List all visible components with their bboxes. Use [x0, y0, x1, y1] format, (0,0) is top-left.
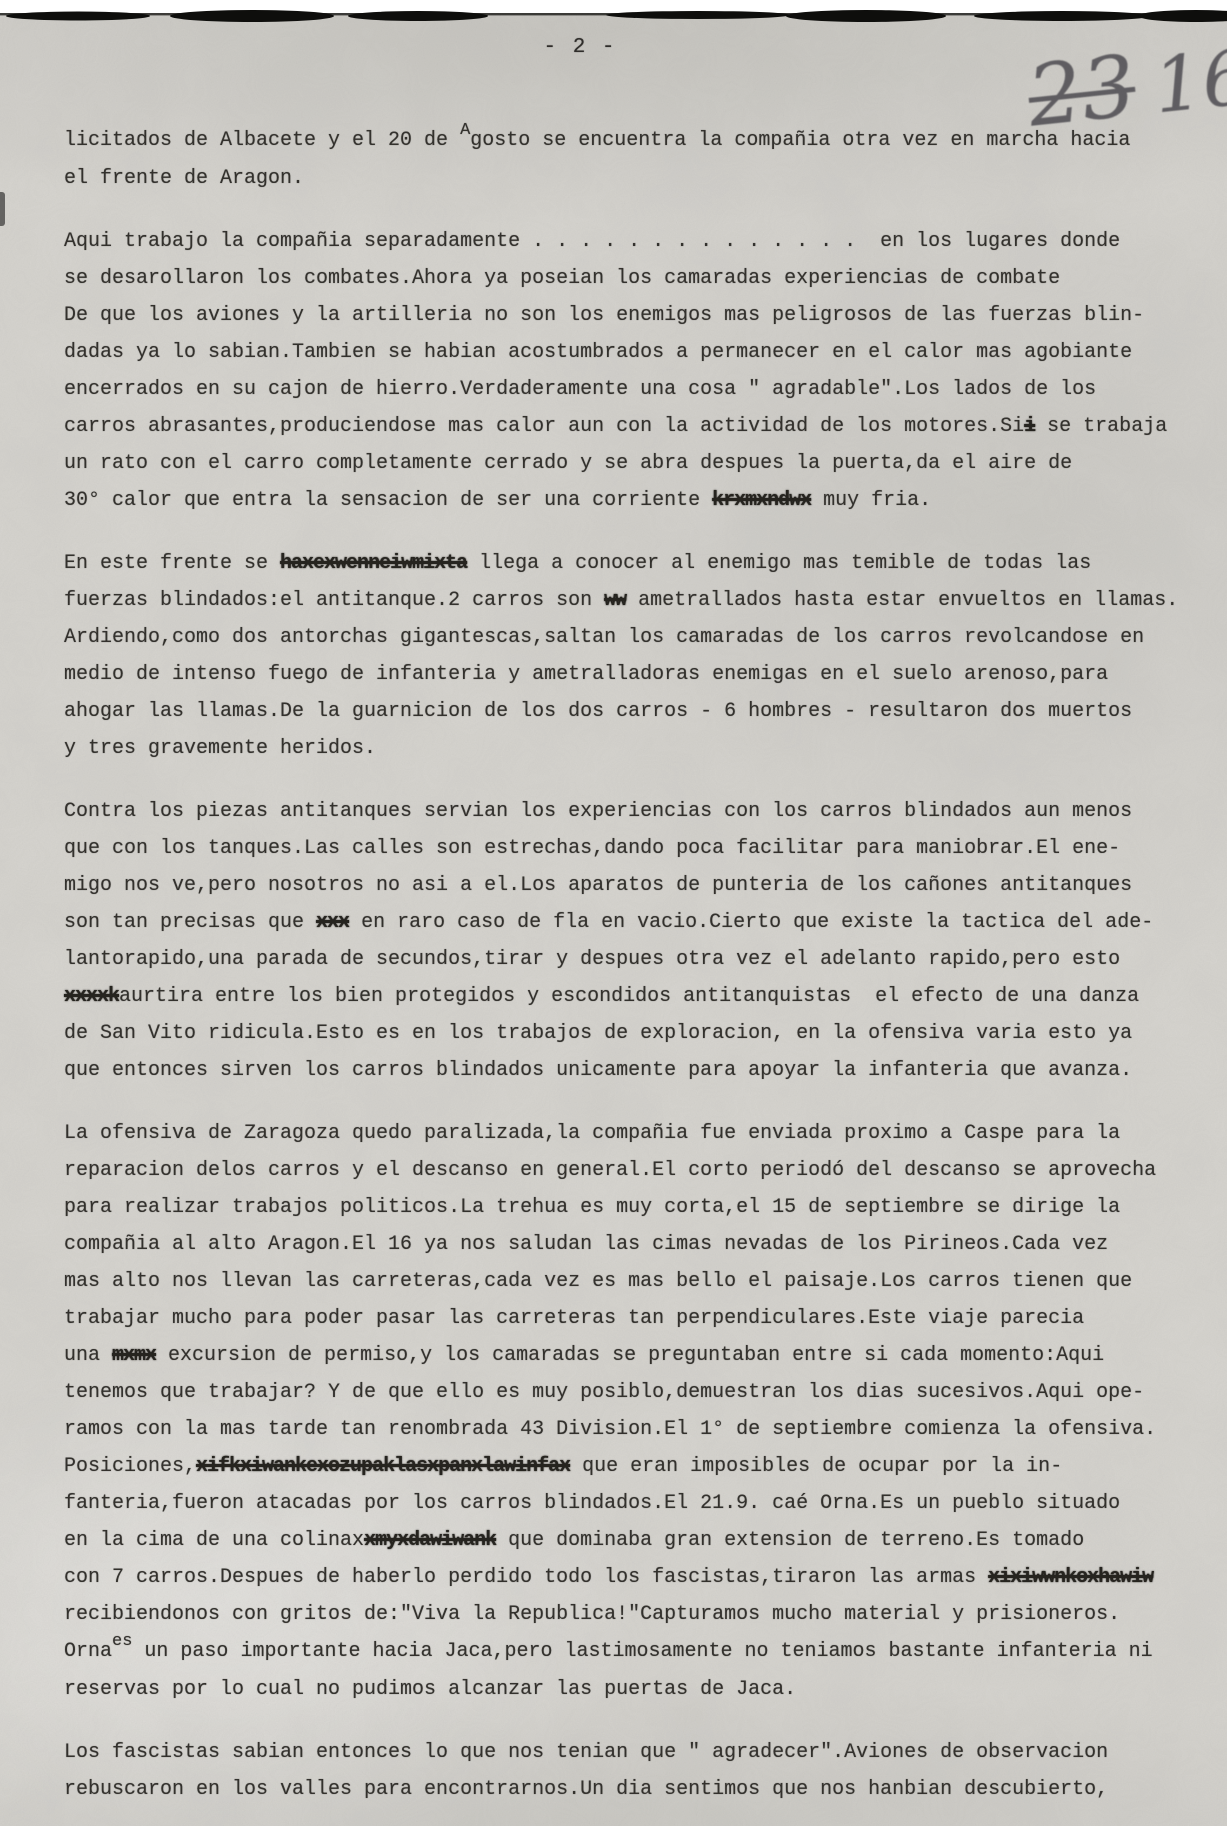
text-line: rebuscaron en los valles para encontrarn…	[64, 1771, 1216, 1808]
paragraph: Los fascistas sabian entonces lo que nos…	[64, 1734, 1216, 1808]
text-segment: una	[64, 1344, 112, 1367]
text-segment: aurtira entre los bien protegidos y esco…	[119, 985, 1139, 1008]
text-segment: que entonces sirven los carros blindados…	[64, 1059, 1132, 1082]
text-line: recibiendonos con gritos de:"Viva la Rep…	[64, 1596, 1216, 1633]
text-line: En este frente se haxexwenneiwmixta lleg…	[64, 545, 1216, 582]
text-line: licitados de Albacete y el 20 de Agosto …	[64, 122, 1216, 160]
text-segment: Posiciones,	[64, 1455, 196, 1478]
text-segment: Los fascistas sabian entonces lo que nos…	[64, 1741, 1108, 1764]
text-segment: reparacion delos carros y el descanso en…	[64, 1159, 1156, 1182]
text-segment: migo nos ve,pero nosotros no asi a el.Lo…	[64, 874, 1132, 897]
text-segment: Ardiendo,como dos antorchas gigantescas,…	[64, 626, 1144, 649]
text-segment: Orna	[64, 1640, 112, 1663]
text-segment: son tan precisas que	[64, 911, 316, 934]
typewritten-text-body: licitados de Albacete y el 20 de Agosto …	[64, 122, 1216, 1826]
text-line: xxxxkaurtira entre los bien protegidos y…	[64, 978, 1216, 1015]
text-segment: que dominaba gran extension de terreno.E…	[496, 1529, 1084, 1552]
text-line: y tres gravemente heridos.	[64, 730, 1216, 767]
superscript-insertion: A	[460, 121, 470, 140]
text-segment: En este frente se	[64, 552, 280, 575]
text-segment: Contra los piezas antitanques servian lo…	[64, 800, 1132, 823]
text-line: mas alto nos llevan las carreteras,cada …	[64, 1263, 1216, 1300]
text-segment: La ofensiva de Zaragoza quedo paralizada…	[64, 1122, 1120, 1145]
text-line: en la cima de una colinaxxmyxdawiwank qu…	[64, 1522, 1216, 1559]
text-segment: medio de intenso fuego de infanteria y a…	[64, 663, 1108, 686]
text-segment: y tres gravemente heridos.	[64, 737, 376, 760]
text-line: para realizar trabajos politicos.La treh…	[64, 1189, 1216, 1226]
text-segment: llega a conocer al enemigo mas temible d…	[467, 552, 1091, 575]
text-segment: Aqui trabajo la compañia separadamente .…	[64, 230, 1120, 253]
text-line: fuerzas blindados:el antitanque.2 carros…	[64, 582, 1216, 619]
text-segment: que con los tanques.Las calles son estre…	[64, 837, 1120, 860]
text-line: Los fascistas sabian entonces lo que nos…	[64, 1734, 1216, 1771]
text-segment: ametrallados hasta estar envueltos en ll…	[626, 589, 1178, 612]
overtyped-strikeout: xifkxiwankexozupaklasxpanxlawinfax	[196, 1455, 570, 1478]
text-segment: con 7 carros.Despues de haberlo perdido …	[64, 1566, 988, 1589]
overtyped-strikeout: i	[1024, 415, 1035, 438]
paragraph: Aqui trabajo la compañia separadamente .…	[64, 223, 1216, 519]
text-line: ahogar las llamas.De la guarnicion de lo…	[64, 693, 1216, 730]
text-segment: encerrados en su cajon de hierro.Verdade…	[64, 378, 1096, 401]
text-line: carros abrasantes,produciendose mas calo…	[64, 408, 1216, 445]
text-line: una mxmx excursion de permiso,y los cama…	[64, 1337, 1216, 1374]
overtyped-strikeout: mxmx	[112, 1344, 156, 1367]
paragraph: Contra los piezas antitanques servian lo…	[64, 793, 1216, 1089]
text-segment: mas alto nos llevan las carreteras,cada …	[64, 1270, 1132, 1293]
scan-top-edge	[0, 0, 1227, 30]
text-line: Ardiendo,como dos antorchas gigantescas,…	[64, 619, 1216, 656]
text-line: el frente de Aragon.	[64, 160, 1216, 197]
overtyped-strikeout: xixiwwnkoxhawiw	[988, 1566, 1153, 1589]
text-line: Contra los piezas antitanques servian lo…	[64, 793, 1216, 830]
text-segment: para realizar trabajos politicos.La treh…	[64, 1196, 1120, 1219]
text-segment: ahogar las llamas.De la guarnicion de lo…	[64, 700, 1132, 723]
text-line: medio de intenso fuego de infanteria y a…	[64, 656, 1216, 693]
text-line: se desarollaron los combates.Ahora ya po…	[64, 260, 1216, 297]
paragraph: licitados de Albacete y el 20 de Agosto …	[64, 122, 1216, 197]
text-line: La ofensiva de Zaragoza quedo paralizada…	[64, 1115, 1216, 1152]
overtyped-strikeout: xxx	[316, 911, 349, 934]
text-segment: De que los aviones y la artilleria no so…	[64, 304, 1144, 327]
overtyped-strikeout: haxexwenneiwmixta	[280, 552, 467, 575]
overtyped-strikeout: xxxxk	[64, 985, 119, 1008]
text-segment: fuerzas blindados:el antitanque.2 carros…	[64, 589, 604, 612]
text-line: de San Vito ridicula.Esto es en los trab…	[64, 1015, 1216, 1052]
text-line: que con los tanques.Las calles son estre…	[64, 830, 1216, 867]
text-segment: tenemos que trabajar? Y de que ello es m…	[64, 1381, 1144, 1404]
text-line: Posiciones,xifkxiwankexozupaklasxpanxlaw…	[64, 1448, 1216, 1485]
text-segment: muy fria.	[811, 489, 931, 512]
text-line: 30° calor que entra la sensacion de ser …	[64, 482, 1216, 519]
text-segment: recibiendonos con gritos de:"Viva la Rep…	[64, 1603, 1120, 1626]
text-segment: fanteria,fueron atacadas por los carros …	[64, 1492, 1120, 1515]
overtyped-strikeout: ww	[604, 589, 626, 612]
superscript-insertion: es	[112, 1632, 132, 1651]
text-line: reparacion delos carros y el descanso en…	[64, 1152, 1216, 1189]
text-line: migo nos ve,pero nosotros no asi a el.Lo…	[64, 867, 1216, 904]
text-segment: se trabaja	[1035, 415, 1167, 438]
overtyped-strikeout: krxmxndwx	[712, 489, 811, 512]
text-segment: ramos con la mas tarde tan renombrada 43…	[64, 1418, 1156, 1441]
text-segment: en la cima de una colinax	[64, 1529, 364, 1552]
text-line: trabajar mucho para poder pasar las carr…	[64, 1300, 1216, 1337]
text-line: son tan precisas que xxx en raro caso de…	[64, 904, 1216, 941]
text-segment: un rato con el carro completamente cerra…	[64, 452, 1072, 475]
paragraph: La ofensiva de Zaragoza quedo paralizada…	[64, 1115, 1216, 1708]
text-line: lantorapido,una parada de secundos,tirar…	[64, 941, 1216, 978]
paragraph: En este frente se haxexwenneiwmixta lleg…	[64, 545, 1216, 767]
text-line: ramos con la mas tarde tan renombrada 43…	[64, 1411, 1216, 1448]
handwritten-number: 16	[1149, 32, 1227, 131]
text-segment: que eran imposibles de ocupar por la in-	[570, 1455, 1062, 1478]
page-number: - 2 -	[0, 36, 1160, 59]
text-segment: reservas por lo cual no pudimos alcanzar…	[64, 1678, 796, 1701]
text-segment: se desarollaron los combates.Ahora ya po…	[64, 267, 1060, 290]
text-segment: carros abrasantes,produciendose mas calo…	[64, 415, 1024, 438]
text-segment: excursion de permiso,y los camaradas se …	[156, 1344, 1104, 1367]
scan-edge-smudge	[0, 192, 5, 226]
text-segment: un paso importante hacia Jaca,pero lasti…	[132, 1640, 1152, 1663]
overtyped-strikeout: xmyxdawiwank	[364, 1529, 496, 1552]
text-segment: rebuscaron en los valles para encontrarn…	[64, 1778, 1108, 1801]
text-segment: licitados de Albacete y el 20 de	[64, 129, 460, 152]
text-segment: lantorapido,una parada de secundos,tirar…	[64, 948, 1120, 971]
text-segment: en raro caso de fla en vacio.Cierto que …	[349, 911, 1153, 934]
text-line: compañia al alto Aragon.El 16 ya nos sal…	[64, 1226, 1216, 1263]
text-line: un rato con el carro completamente cerra…	[64, 445, 1216, 482]
text-line: con 7 carros.Despues de haberlo perdido …	[64, 1559, 1216, 1596]
text-segment: dadas ya lo sabian.Tambien se habian aco…	[64, 341, 1132, 364]
text-line: reservas por lo cual no pudimos alcanzar…	[64, 1671, 1216, 1708]
text-line: que entonces sirven los carros blindados…	[64, 1052, 1216, 1089]
text-line: encerrados en su cajon de hierro.Verdade…	[64, 371, 1216, 408]
text-line: De que los aviones y la artilleria no so…	[64, 297, 1216, 334]
text-line: tenemos que trabajar? Y de que ello es m…	[64, 1374, 1216, 1411]
text-segment: compañia al alto Aragon.El 16 ya nos sal…	[64, 1233, 1108, 1256]
text-line: Aqui trabajo la compañia separadamente .…	[64, 223, 1216, 260]
text-segment: trabajar mucho para poder pasar las carr…	[64, 1307, 1084, 1330]
text-line: fanteria,fueron atacadas por los carros …	[64, 1485, 1216, 1522]
text-segment: 30° calor que entra la sensacion de ser …	[64, 489, 712, 512]
text-line: Ornaes un paso importante hacia Jaca,per…	[64, 1633, 1216, 1671]
text-segment: gosto se encuentra la compañia otra vez …	[470, 129, 1130, 152]
text-segment: de San Vito ridicula.Esto es en los trab…	[64, 1022, 1132, 1045]
text-segment: el frente de Aragon.	[64, 167, 304, 190]
text-line: dadas ya lo sabian.Tambien se habian aco…	[64, 334, 1216, 371]
